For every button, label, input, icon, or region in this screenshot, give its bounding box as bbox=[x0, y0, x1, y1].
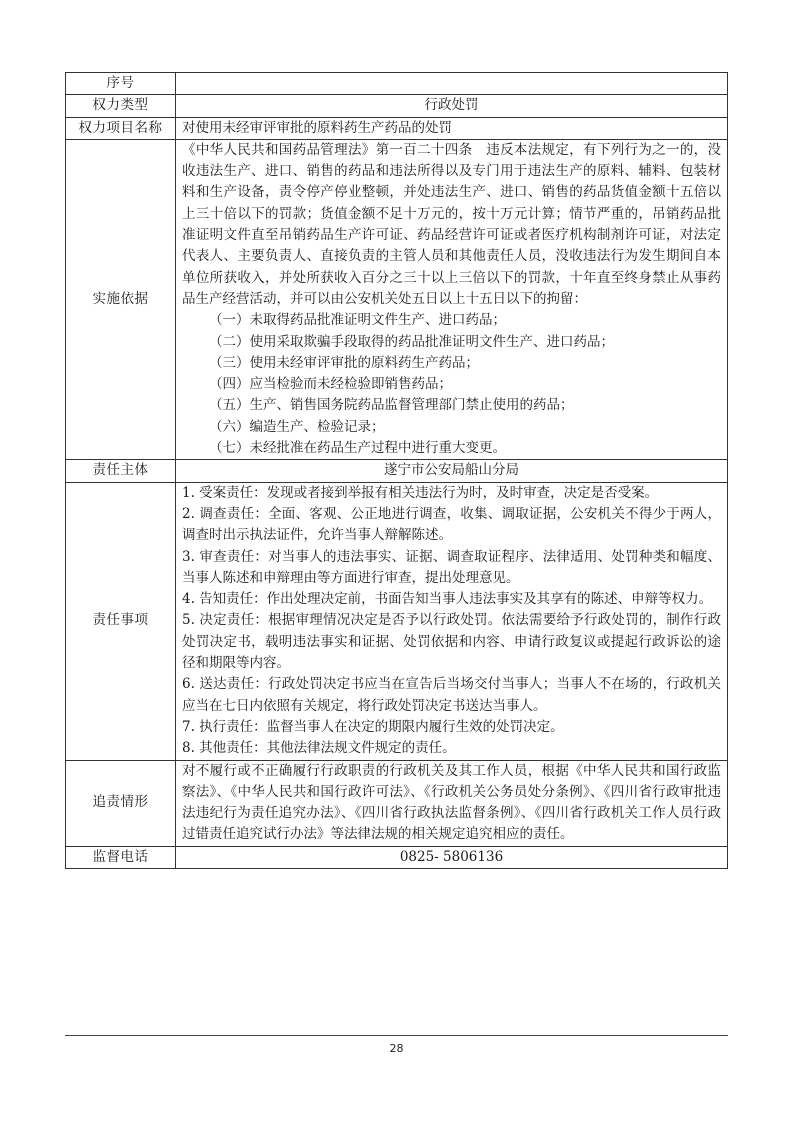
responsibility-item: 3. 审查责任：对当事人的违法事实、证据、调查取证程序、法律适用、处罚种类和幅度… bbox=[182, 547, 721, 590]
row-responsible-body: 责任主体 遂宁市公安局船山分局 bbox=[66, 460, 728, 482]
basis-item: （三）使用未经审评审批的原料药生产药品； bbox=[182, 353, 721, 374]
basis-item: （四）应当检验而未经检验即销售药品； bbox=[182, 374, 721, 395]
responsible-body-value: 遂宁市公安局船山分局 bbox=[176, 460, 728, 482]
basis-item: （五）生产、销售国务院药品监督管理部门禁止使用的药品； bbox=[182, 395, 721, 416]
serial-value bbox=[176, 73, 728, 95]
basis-paragraph: 《中华人民共和国药品管理法》第一百二十四条 违反本法规定，有下列行为之一的，没收… bbox=[182, 140, 721, 310]
row-responsibilities: 责任事项 1. 受案责任：发现或者接到举报有相关违法行为时，及时审查，决定是否受… bbox=[66, 482, 728, 760]
row-basis: 实施依据 《中华人民共和国药品管理法》第一百二十四条 违反本法规定，有下列行为之… bbox=[66, 139, 728, 459]
basis-item: （七）未经批准在药品生产过程中进行重大变更。 bbox=[182, 438, 721, 459]
serial-label: 序号 bbox=[66, 73, 176, 95]
basis-content: 《中华人民共和国药品管理法》第一百二十四条 违反本法规定，有下列行为之一的，没收… bbox=[176, 139, 728, 459]
basis-item: （二）使用采取欺骗手段取得的药品批准证明文件生产、进口药品； bbox=[182, 332, 721, 353]
responsible-body-label: 责任主体 bbox=[66, 460, 176, 482]
responsibilities-content: 1. 受案责任：发现或者接到举报有相关违法行为时，及时审查，决定是否受案。 2.… bbox=[176, 482, 728, 760]
responsibility-item: 4. 告知责任：作出处理决定前，书面告知当事人违法事实及其享有的陈述、申辩等权力… bbox=[182, 589, 721, 610]
accountability-value: 对不履行或不正确履行行政职责的行政机关及其工作人员，根据《中华人民共和国行政监察… bbox=[176, 760, 728, 846]
row-item-name: 权力项目名称 对使用未经审评审批的原料药生产药品的处罚 bbox=[66, 117, 728, 139]
power-type-value: 行政处罚 bbox=[176, 95, 728, 117]
row-hotline: 监督电话 0825- 5806136 bbox=[66, 846, 728, 868]
power-item-table: 序号 权力类型 行政处罚 权力项目名称 对使用未经审评审批的原料药生产药品的处罚… bbox=[65, 72, 728, 869]
item-name-label: 权力项目名称 bbox=[66, 117, 176, 139]
responsibility-item: 1. 受案责任：发现或者接到举报有相关违法行为时，及时审查，决定是否受案。 bbox=[182, 483, 721, 504]
basis-item: （六）编造生产、检验记录； bbox=[182, 417, 721, 438]
item-name-value: 对使用未经审评审批的原料药生产药品的处罚 bbox=[176, 117, 728, 139]
accountability-label: 追责情形 bbox=[66, 760, 176, 846]
responsibility-item: 5. 决定责任：根据审理情况决定是否予以行政处罚。依法需要给予行政处罚的，制作行… bbox=[182, 610, 721, 674]
row-accountability: 追责情形 对不履行或不正确履行行政职责的行政机关及其工作人员，根据《中华人民共和… bbox=[66, 760, 728, 846]
basis-label: 实施依据 bbox=[66, 139, 176, 459]
row-serial: 序号 bbox=[66, 73, 728, 95]
page-number: 28 bbox=[0, 1042, 793, 1055]
responsibility-item: 7. 执行责任：监督当事人在决定的期限内履行生效的处罚决定。 bbox=[182, 717, 721, 738]
hotline-label: 监督电话 bbox=[66, 846, 176, 868]
hotline-value: 0825- 5806136 bbox=[176, 846, 728, 868]
responsibility-item: 6. 送达责任：行政处罚决定书应当在宣告后当场交付当事人；当事人不在场的，行政机… bbox=[182, 674, 721, 717]
power-type-label: 权力类型 bbox=[66, 95, 176, 117]
basis-item: （一）未取得药品批准证明文件生产、进口药品； bbox=[182, 310, 721, 331]
footer-divider bbox=[65, 1035, 728, 1036]
responsibility-item: 2. 调查责任：全面、客观、公正地进行调查，收集、调取证据，公安机关不得少于两人… bbox=[182, 504, 721, 547]
row-power-type: 权力类型 行政处罚 bbox=[66, 95, 728, 117]
responsibility-item: 8. 其他责任：其他法律法规文件规定的责任。 bbox=[182, 738, 721, 759]
responsibilities-label: 责任事项 bbox=[66, 482, 176, 760]
